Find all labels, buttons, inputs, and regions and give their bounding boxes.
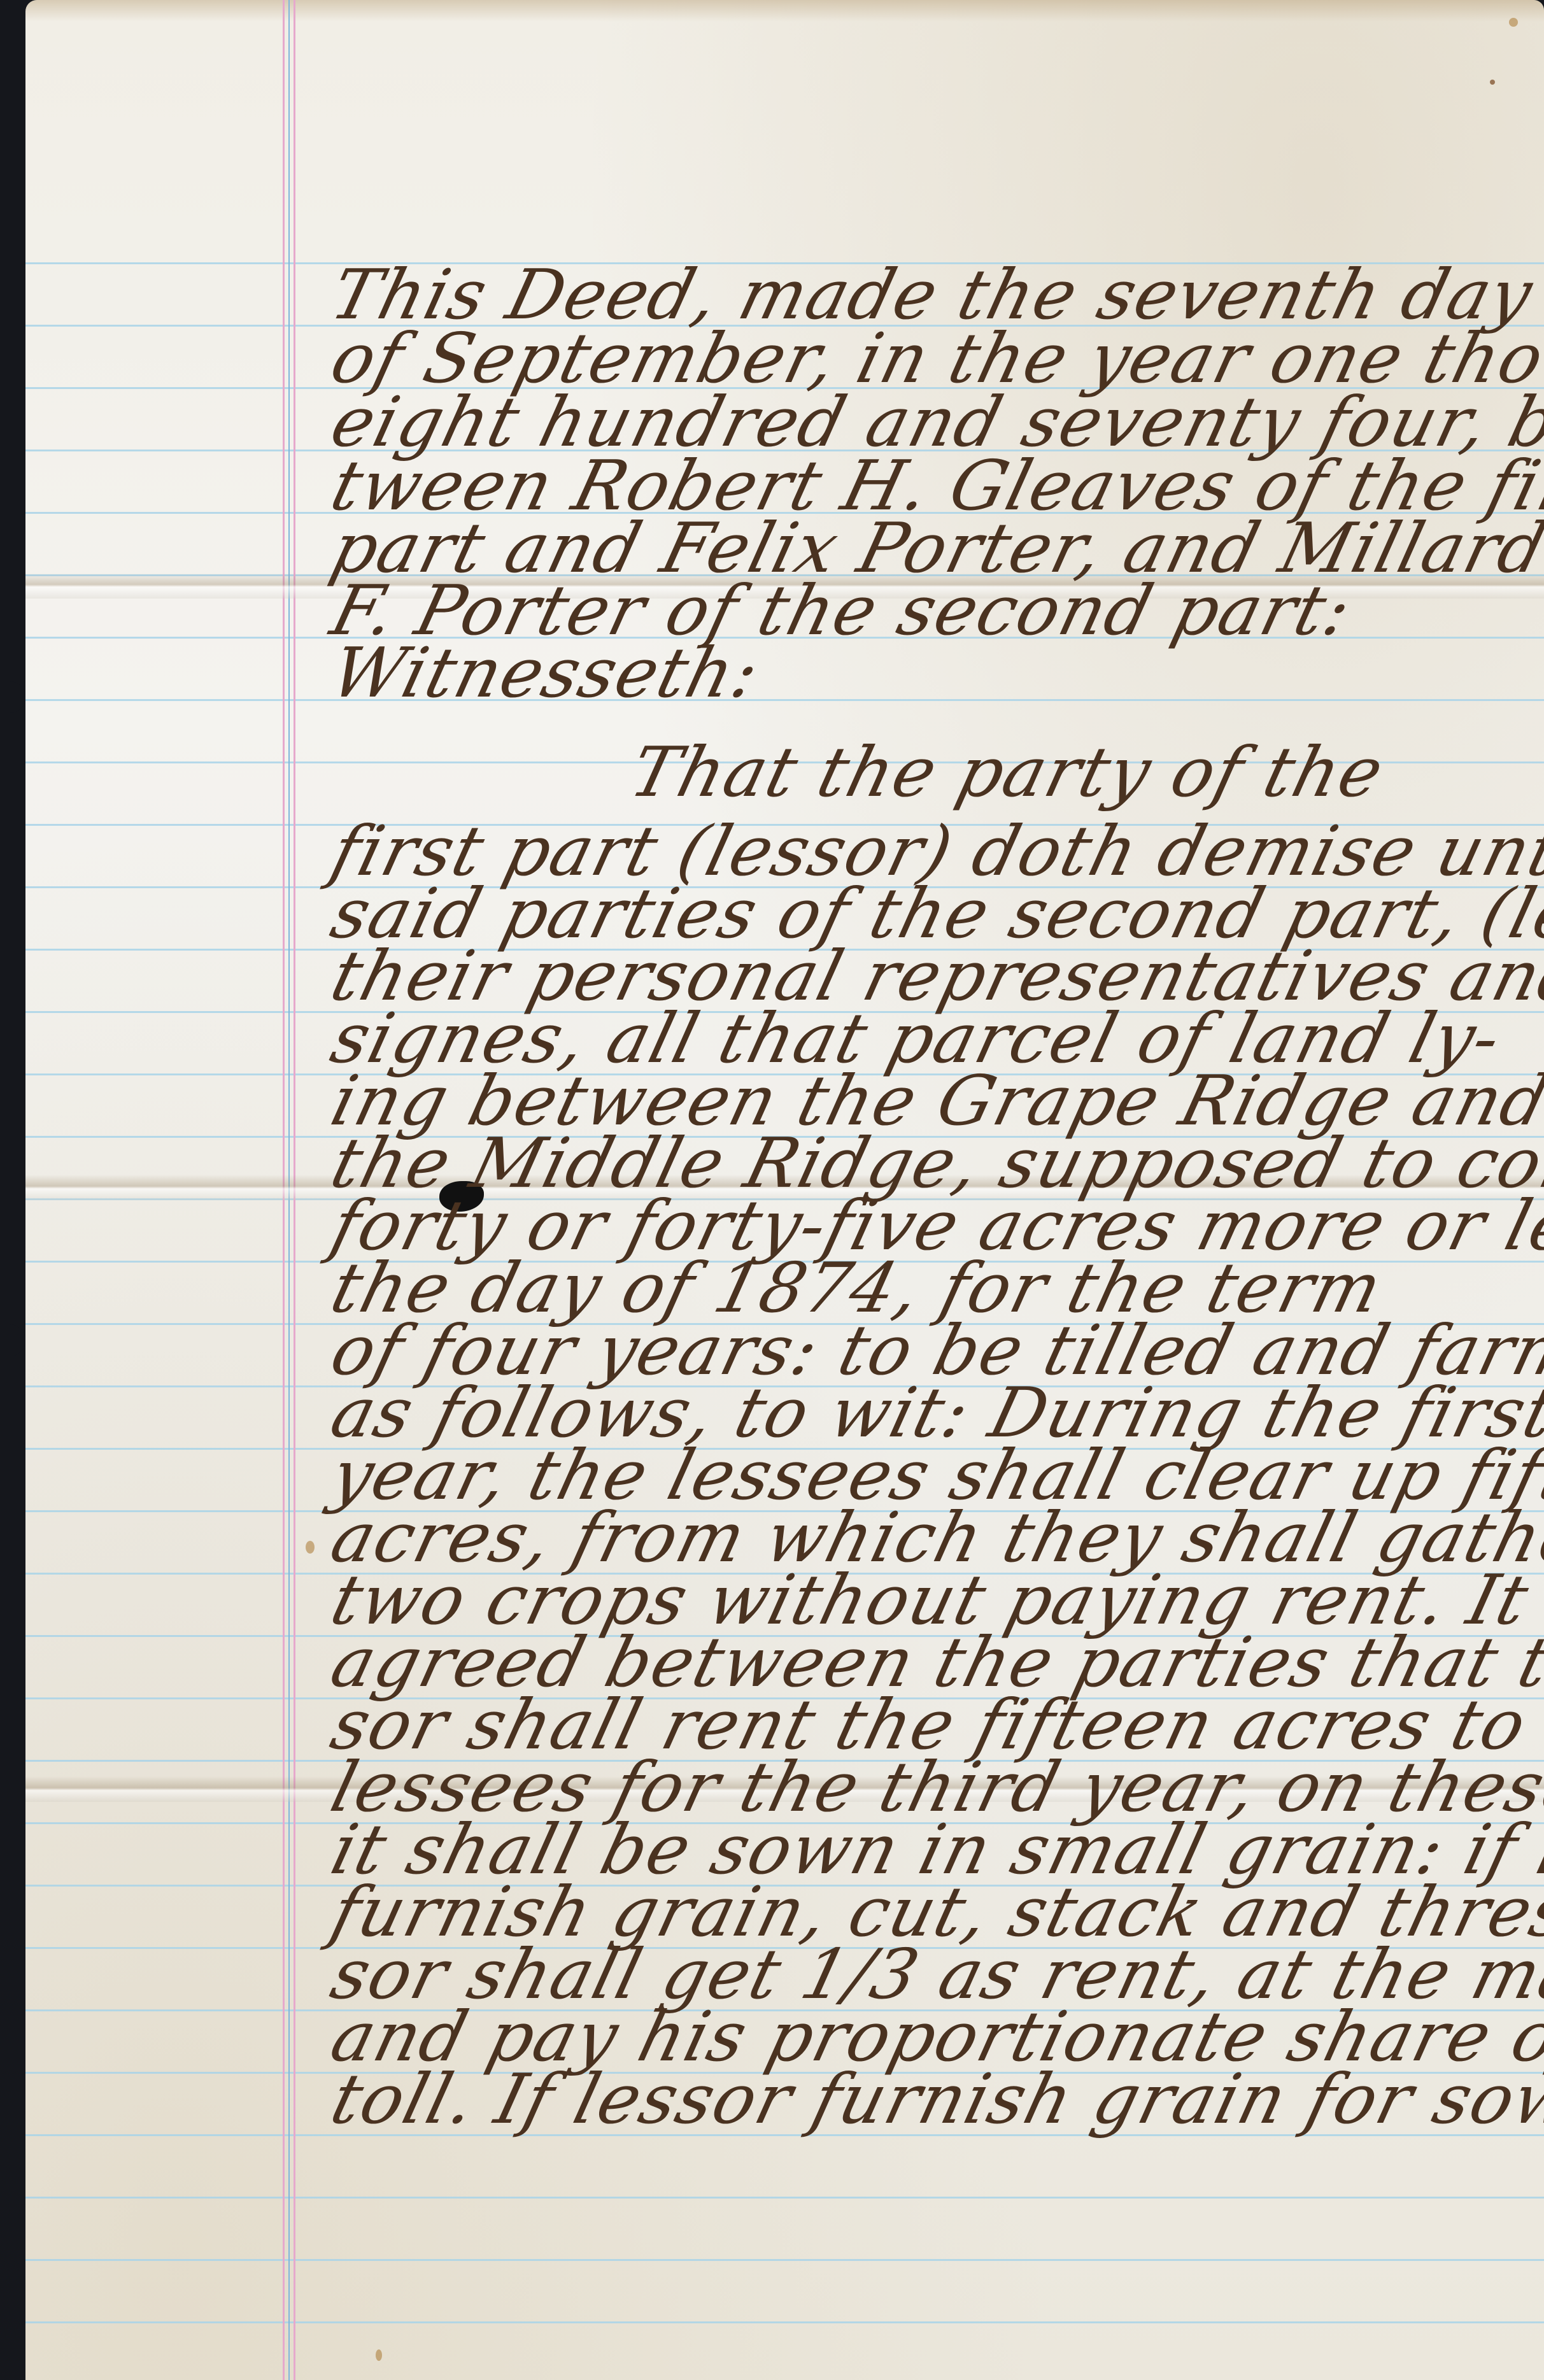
deed-line: That the party of the [624,739,1391,807]
stain-spot [306,1541,315,1554]
paper-sheet: This Deed, made the seventh day of Septe… [25,0,1544,2380]
stain-spot [1509,18,1518,27]
ruled-line [25,2197,1544,2199]
ruled-line [25,699,1544,701]
fold-notch [0,1324,25,1356]
stain-spot [1490,80,1495,85]
deed-line-witnesseth: Witnesseth: [325,639,767,708]
ruled-line [25,2321,1544,2323]
fold-notch [0,681,25,713]
stain-spot [376,2349,382,2361]
deed-line: toll. If lessor furnish grain for sowing [325,2065,1544,2134]
ruled-line [25,2259,1544,2261]
top-edge-stain [25,0,1544,22]
